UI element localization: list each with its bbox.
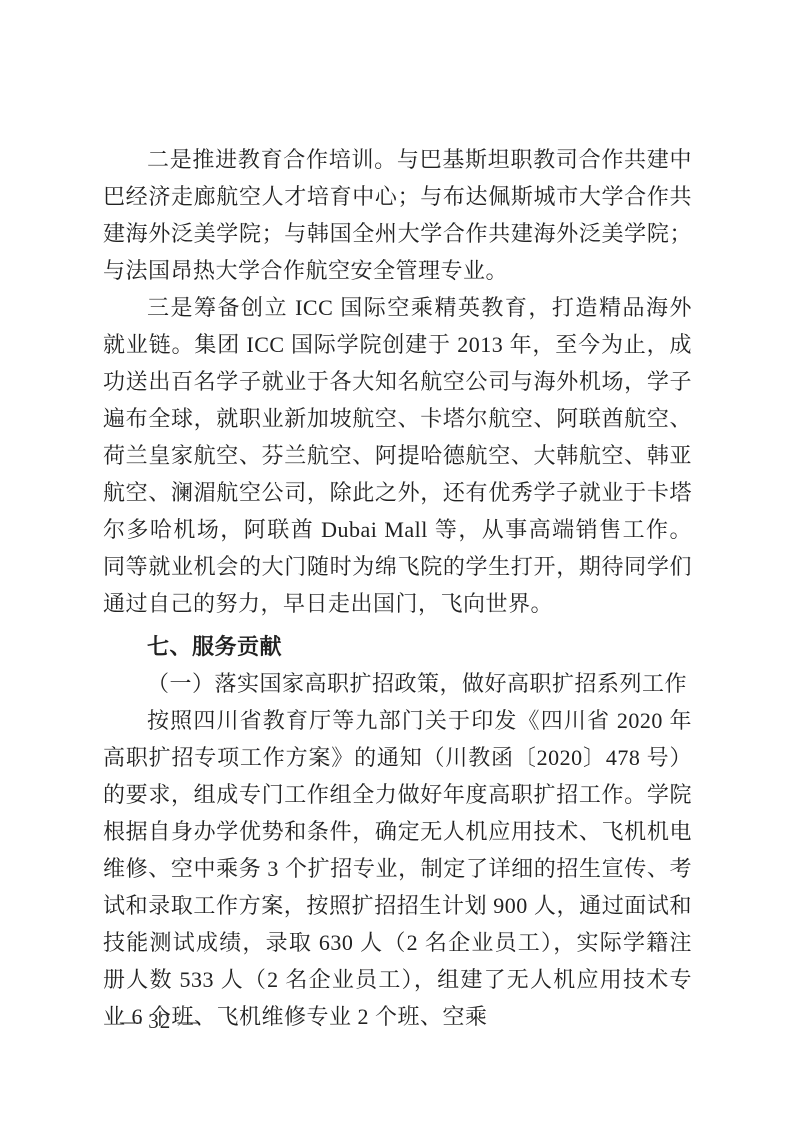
- paragraph-enrollment-expansion: 按照四川省教育厅等九部门关于印发《四川省 2020 年高职扩招专项工作方案》的通…: [103, 702, 692, 1035]
- subsection-heading-enrollment-policy: （一）落实国家高职扩招政策，做好高职扩招系列工作: [103, 665, 692, 702]
- text-block: 二是推进教育合作培训。与巴基斯坦职教司合作共建中巴经济走廊航空人才培育中心；与布…: [103, 141, 692, 1035]
- document-page: 二是推进教育合作培训。与巴基斯坦职教司合作共建中巴经济走廊航空人才培育中心；与布…: [0, 0, 794, 1122]
- paragraph-icc-education: 三是筹备创立 ICC 国际空乘精英教育，打造精品海外就业链。集团 ICC 国际学…: [103, 289, 692, 622]
- page-number: — 32 —: [120, 1009, 200, 1033]
- paragraph-education-cooperation: 二是推进教育合作培训。与巴基斯坦职教司合作共建中巴经济走廊航空人才培育中心；与布…: [103, 141, 692, 289]
- section-heading-service-contribution: 七、服务贡献: [103, 628, 692, 665]
